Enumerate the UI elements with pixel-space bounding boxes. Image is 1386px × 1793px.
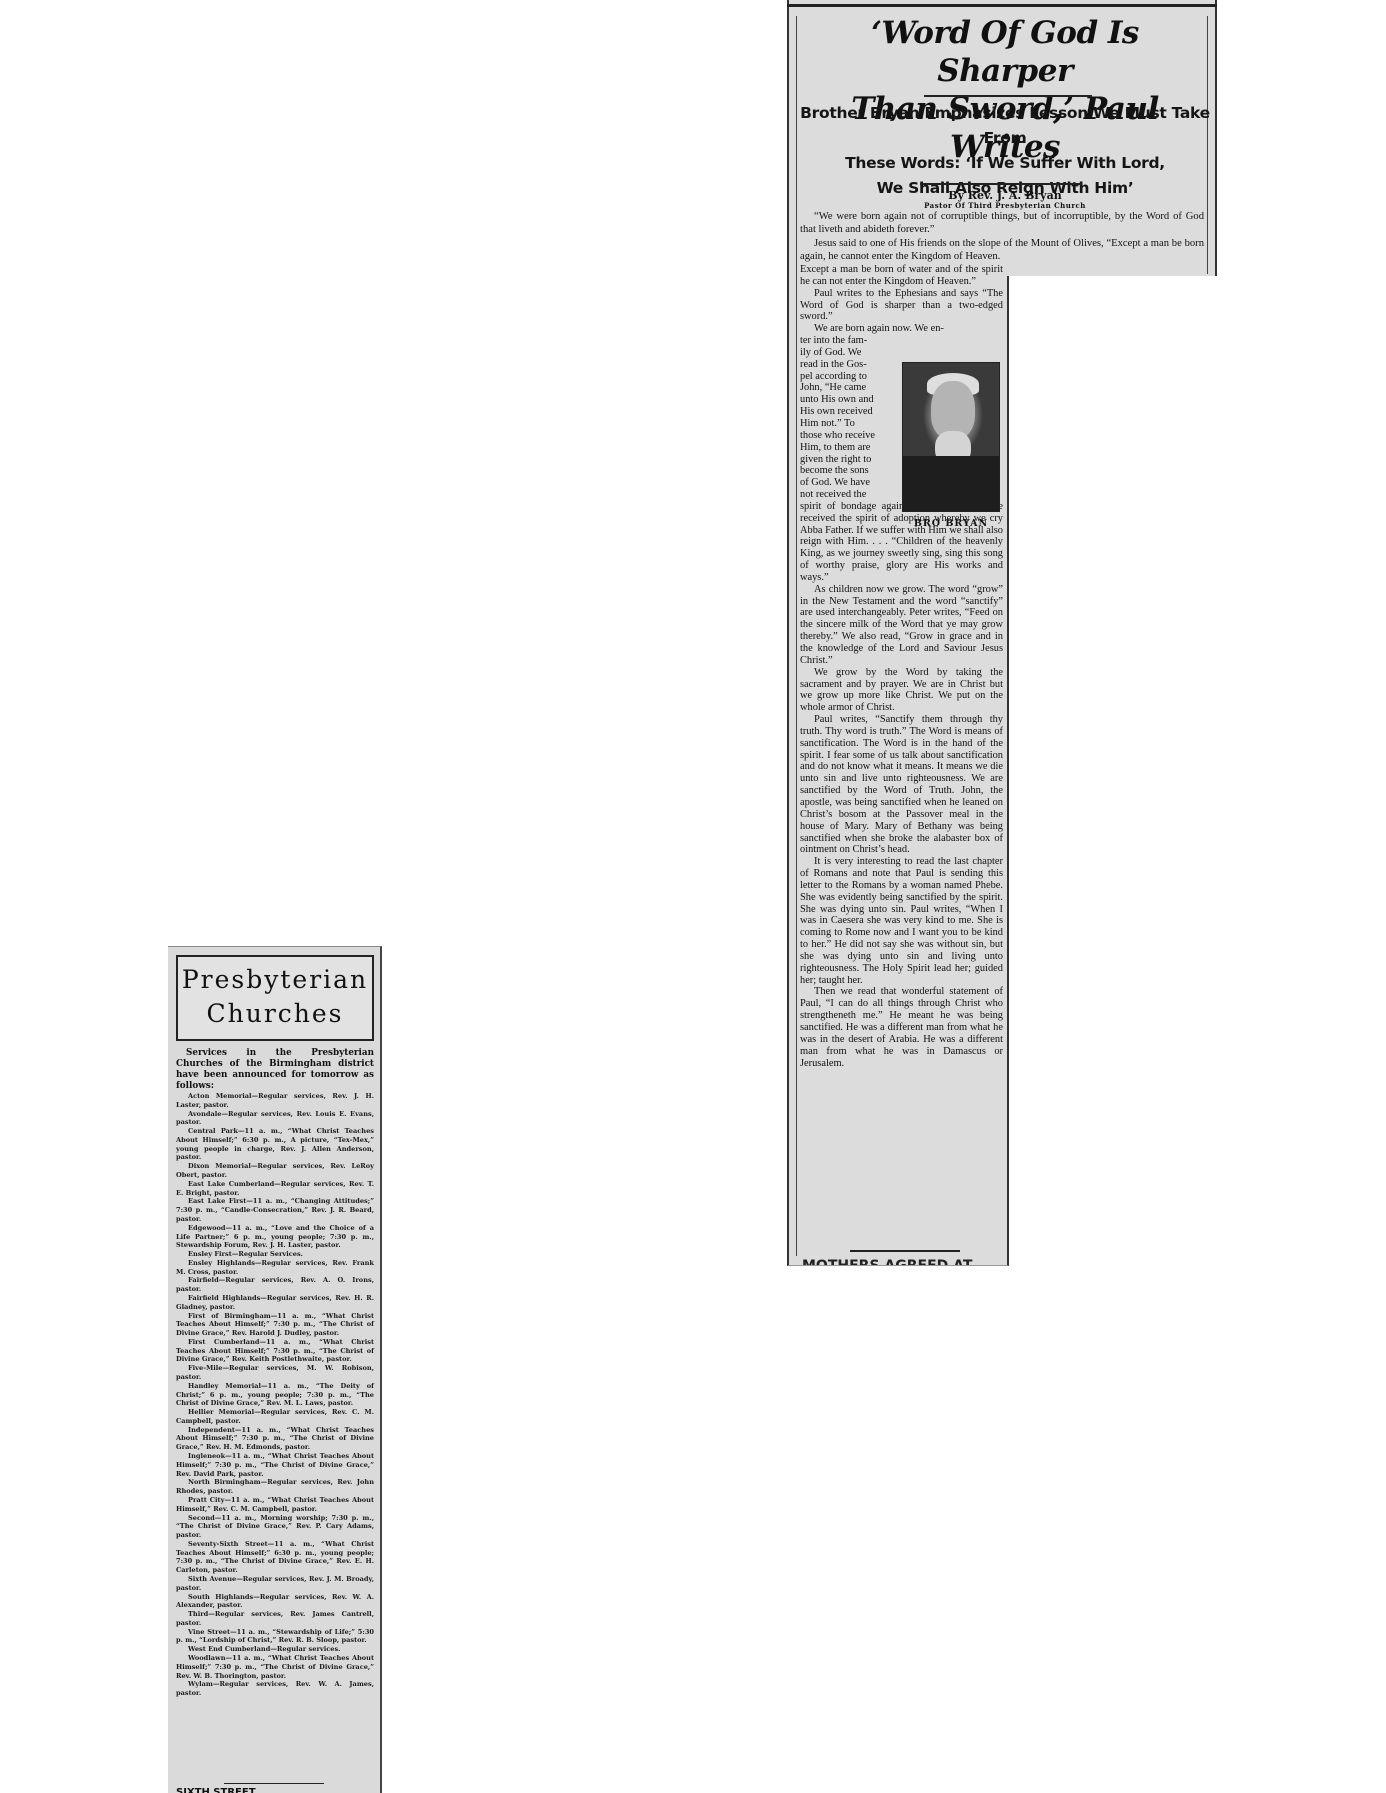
church-listing: Seventy-Sixth Street—11 a. m., “What Chr… [176,1540,374,1575]
byline-title: Pastor Of Third Presbyterian Church [800,202,1210,210]
church-listing: Ingleneok—11 a. m., “What Christ Teaches… [176,1452,374,1478]
church-listing: West End Cumberland—Regular services. [176,1645,374,1654]
narrow-wrap-text: ter into the fam- ily of God. We read in… [800,335,898,501]
body-paragraph: Paul writes, “Sanctify them through thy … [800,714,1003,856]
church-listing: East Lake Cumberland—Regular services, R… [176,1180,374,1198]
church-listing: Sixth Avenue—Regular services, Rev. J. M… [176,1575,374,1593]
wrap-line: Him not.” To [800,418,898,430]
church-listing: Pratt City—11 a. m., “What Christ Teache… [176,1496,374,1514]
wrap-line: ter into the fam- [800,335,898,347]
article-lead: “We were born again not of corruptible t… [800,210,1204,264]
church-listing: East Lake First—11 a. m., “Changing Atti… [176,1197,374,1223]
churches-intro: Services in the Presbyterian Churches of… [176,1048,374,1092]
wrap-line: not received the [800,489,898,501]
wrap-line: ily of God. We [800,347,898,359]
church-listing: Edgewood—11 a. m., “Love and the Choice … [176,1224,374,1250]
body-paragraph: spirit of bondage again to fear, but we … [800,501,1003,584]
church-listing: Dixon Memorial—Regular services, Rev. Le… [176,1162,374,1180]
churches-end-rule [224,1783,324,1784]
church-listing: Wylam—Regular services, Rev. W. A. James… [176,1680,374,1698]
wrap-line: His own received [800,406,898,418]
lead-paragraph: Jesus said to one of His friends on the … [800,237,1204,264]
church-listings: Acton Memorial—Regular services, Rev. J.… [176,1092,374,1698]
top-rule [787,4,1217,7]
church-listing: Central Park—11 a. m., “What Christ Teac… [176,1127,374,1162]
body-paragraph: It is very interesting to read the last … [800,856,1003,986]
body-paragraph: Then we read that wonderful statement of… [800,986,1003,1069]
church-listing: Avondale—Regular services, Rev. Louis E.… [176,1110,374,1128]
church-listing: Vine Street—11 a. m., “Stewardship of Li… [176,1628,374,1646]
church-listing: First Cumberland—11 a. m., “What Christ … [176,1338,374,1364]
church-listing: Independent—11 a. m., “What Christ Teach… [176,1426,374,1452]
churches-title-line-1: Presbyterian [178,965,372,994]
church-listing: Five-Mile—Regular services, M. W. Robiso… [176,1364,374,1382]
wrap-line: John, “He came [800,382,898,394]
body-paragraph: Paul writes to the Ephesians and says “T… [800,288,1003,324]
body-paragraph: We are born again now. We en- [800,323,1003,335]
portrait-photo [902,362,1000,512]
wrap-line: pel according to [800,371,898,383]
wrap-line: read in the Gos- [800,359,898,371]
church-listing: Fairfield—Regular services, Rev. A. O. I… [176,1276,374,1294]
church-listing: Acton Memorial—Regular services, Rev. J.… [176,1092,374,1110]
subhead-line-1: Brother Bryan Emphasizes Lesson We Must … [800,101,1210,151]
wrap-line: Him, to them are [800,442,898,454]
headline-line-1: ‘Word Of God Is Sharper [800,14,1210,90]
church-listing: First of Birmingham—11 a. m., “What Chri… [176,1312,374,1338]
subhead-line-2: These Words: ‘If We Suffer With Lord, [800,151,1210,176]
photo-caption: BRO BRYAN [902,518,1000,529]
wrap-line: become the sons [800,465,898,477]
church-listing: Second—11 a. m., Morning worship; 7:30 p… [176,1514,374,1540]
wrap-line: unto His own and [800,394,898,406]
church-listing: South Highlands—Regular services, Rev. W… [176,1593,374,1611]
headline-divider [924,95,1092,97]
wrap-line: those who receive [800,430,898,442]
article-subheadline: Brother Bryan Emphasizes Lesson We Must … [800,101,1210,201]
lead-paragraph: “We were born again not of corruptible t… [800,210,1204,237]
church-listing: Hellier Memorial—Regular services, Rev. … [176,1408,374,1426]
church-listing: Woodlawn—11 a. m., “What Christ Teaches … [176,1654,374,1680]
article-end-rule [850,1250,960,1252]
intro-paragraph: Services in the Presbyterian Churches of… [176,1048,374,1092]
body-paragraph: Except a man be born of water and of the… [800,264,1003,288]
subhead-divider [920,183,1082,185]
wrap-line: of God. We have [800,477,898,489]
wrap-line: given the right to [800,454,898,466]
churches-title-box: Presbyterian Churches [176,955,374,1041]
church-listing: Ensley First—Regular Services. [176,1250,374,1259]
church-listing: Third—Regular services, Rev. James Cantr… [176,1610,374,1628]
body-paragraph: We grow by the Word by taking the sacram… [800,667,1003,714]
next-article-headline-cutoff: MOTHERS AGREED AT [802,1259,1002,1265]
churches-title-line-2: Churches [178,999,372,1028]
church-listing: Handley Memorial—11 a. m., “The Deity of… [176,1382,374,1408]
body-paragraph: As children now we grow. The word “grow”… [800,584,1003,667]
church-listing: North Birmingham—Regular services, Rev. … [176,1478,374,1496]
church-listing: Fairfield Highlands—Regular services, Re… [176,1294,374,1312]
church-listing: Ensley Highlands—Regular services, Rev. … [176,1259,374,1277]
next-section-cutoff: SIXTH STREET [176,1788,366,1793]
column-rule-left [796,16,797,1256]
